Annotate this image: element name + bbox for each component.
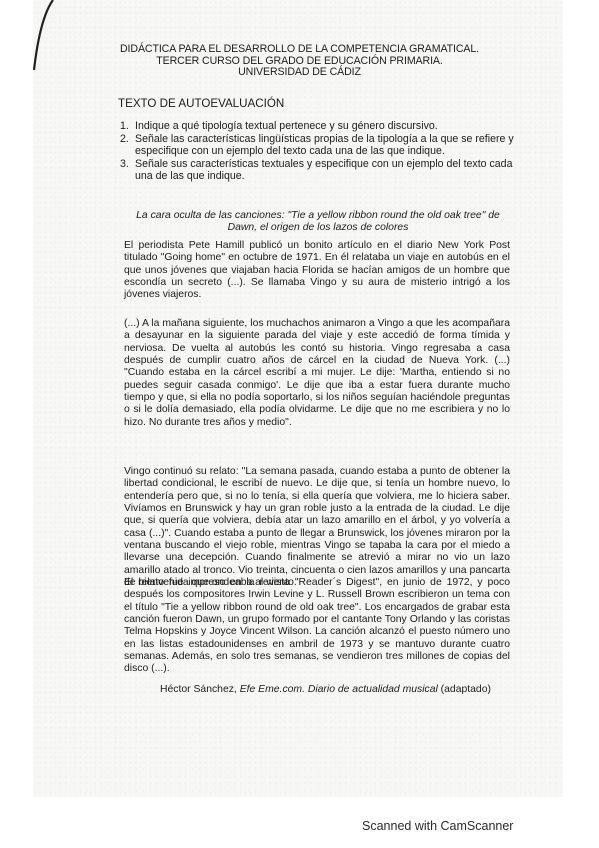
question-text: Indique a qué tipología textual pertenec…	[135, 120, 438, 132]
question-item: 3. Señale sus características textuales …	[118, 158, 528, 183]
article-title-line: Dawn, el origen de los lazos de colores	[118, 222, 518, 234]
question-number: 2.	[120, 133, 129, 146]
question-item: 2. Señale las características lingüístic…	[118, 133, 528, 158]
question-list: 1. Indique a qué tipología textual perte…	[118, 120, 528, 183]
article-title: La cara oculta de las canciones: "Tie a …	[118, 210, 518, 234]
article-title-line: La cara oculta de las canciones: "Tie a …	[118, 210, 518, 222]
question-text: Señale sus características textuales y e…	[135, 158, 512, 183]
question-number: 1.	[120, 120, 129, 133]
article-paragraph: Vingo continuó su relato: "La semana pas…	[124, 466, 510, 589]
question-item: 1. Indique a qué tipología textual perte…	[118, 120, 528, 133]
attribution-author: Héctor Sánchez,	[160, 684, 240, 695]
attribution-note: (adaptado)	[438, 684, 491, 695]
header-course-title: DIDÁCTICA PARA EL DESARROLLO DE LA COMPE…	[0, 44, 599, 56]
document-header: DIDÁCTICA PARA EL DESARROLLO DE LA COMPE…	[0, 44, 599, 79]
camscanner-watermark: Scanned with CamScanner	[362, 819, 513, 833]
header-university: UNIVERSIDAD DE CÁDIZ	[0, 67, 599, 79]
question-text: Señale las características lingüísticas …	[135, 133, 514, 158]
attribution-source: Efe Eme.com. Diario de actualidad musica…	[240, 684, 438, 695]
article-paragraph: El periodista Pete Hamill publicó un bon…	[124, 240, 510, 302]
article-paragraph: El relato fue impreso en la revista "Rea…	[124, 577, 510, 676]
article-attribution: Héctor Sánchez, Efe Eme.com. Diario de a…	[160, 684, 491, 695]
question-number: 3.	[120, 158, 129, 171]
section-title: TEXTO DE AUTOEVALUACIÓN	[118, 97, 284, 110]
article-paragraph: (...) A la mañana siguiente, los muchach…	[124, 318, 510, 429]
